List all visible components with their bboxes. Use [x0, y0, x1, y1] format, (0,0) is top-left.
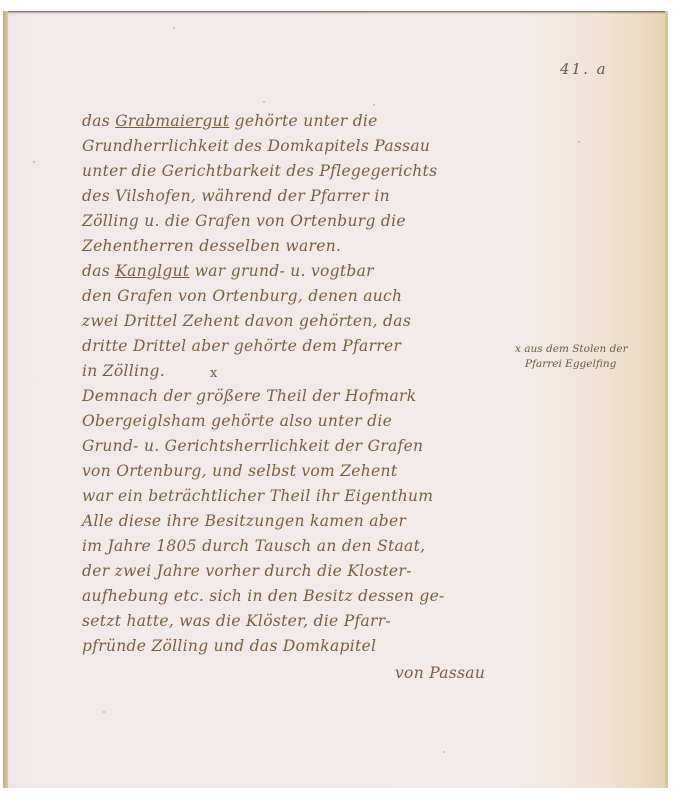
- manuscript-line-14: Grund- u. Gerichtsherrlichkeit der Grafe…: [82, 437, 532, 455]
- manuscript-line-3: unter die Gerichtbarkeit des Pflegegeric…: [82, 162, 532, 180]
- manuscript-line-1: das Grabmaiergut gehörte unter die: [82, 112, 532, 130]
- manuscript-line-20: aufhebung etc. sich in den Besitz dessen…: [82, 587, 532, 605]
- margin-note: x aus dem Stolen der Pfarrei Eggelfing: [515, 342, 675, 372]
- manuscript-line-10: dritte Drittel aber gehörte dem Pfarrer: [82, 337, 532, 355]
- manuscript-line-23: von Passau: [395, 664, 535, 682]
- manuscript-line-17: Alle diese ihre Besitzungen kamen aber: [82, 512, 532, 530]
- manuscript-line-8: den Grafen von Ortenburg, denen auch: [82, 287, 532, 305]
- underlined-term: Grabmaiergut: [115, 112, 229, 130]
- manuscript-line-13: Obergeiglsham gehörte also unter die: [82, 412, 532, 430]
- manuscript-line-12: Demnach der größere Theil der Hofmark: [82, 387, 532, 405]
- manuscript-line-21: setzt hatte, was die Klöster, die Pfarr-: [82, 612, 532, 630]
- manuscript-line-18: im Jahre 1805 durch Tausch an den Staat,: [82, 537, 532, 555]
- manuscript-line-11: in Zölling.: [82, 362, 532, 380]
- manuscript-line-2: Grundherrlichkeit des Domkapitels Passau: [82, 137, 532, 155]
- underlined-term: Kanglgut: [115, 262, 189, 280]
- manuscript-line-15: von Ortenburg, und selbst vom Zehent: [82, 462, 532, 480]
- manuscript-line-4: des Vilshofen, während der Pfarrer in: [82, 187, 532, 205]
- manuscript-line-19: der zwei Jahre vorher durch die Kloster-: [82, 562, 532, 580]
- manuscript-line-22: pfründe Zölling und das Domkapitel: [82, 637, 532, 655]
- manuscript-line-7: das Kanglgut war grund- u. vogtbar: [82, 262, 532, 280]
- manuscript-line-9: zwei Drittel Zehent davon gehörten, das: [82, 312, 532, 330]
- manuscript-line-5: Zölling u. die Grafen von Ortenburg die: [82, 212, 532, 230]
- manuscript-line-16: war ein beträchtlicher Theil ihr Eigenth…: [82, 487, 532, 505]
- manuscript-line-6: Zehentherren desselben waren.: [82, 237, 532, 255]
- folio-number: 41. a: [560, 60, 608, 78]
- margin-note-marker: x: [515, 343, 521, 355]
